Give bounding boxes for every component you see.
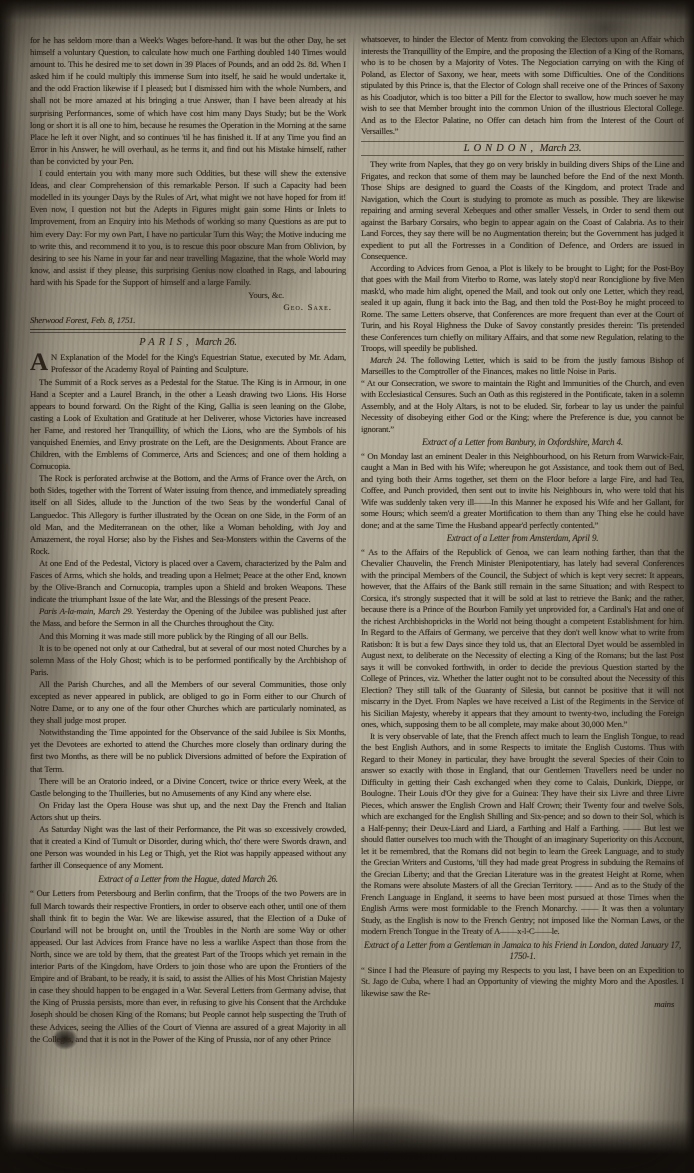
heading-place-name: PARIS,: [139, 337, 192, 348]
paragraph: for he has seldom more than a Week's Wag…: [30, 34, 346, 167]
scan-edge-left: [0, 0, 16, 1173]
paragraph: It is to be opened not only at our Cathe…: [30, 642, 346, 678]
page-content: for he has seldom more than a Week's Wag…: [30, 34, 684, 1147]
paragraph: March 24. The following Letter, which is…: [361, 355, 684, 378]
drop-cap-initial: A: [30, 351, 51, 373]
heading-date: March 23.: [537, 143, 581, 154]
letter-extract-heading: Extract of a Letter from a Gentleman in …: [361, 940, 684, 963]
catchword: mains: [361, 999, 684, 1011]
paragraph: According to Advices from Genoa, a Plot …: [361, 263, 684, 355]
paragraph: I could entertain you with many more suc…: [30, 167, 346, 288]
heading-place-name: LONDON,: [464, 143, 537, 154]
paragraph: Notwithstanding the Time appointed for t…: [30, 726, 346, 774]
paragraph: The Rock is perforated archwise at the B…: [30, 472, 346, 557]
letter-extract-heading: Extract of a Letter from the Hague, date…: [30, 873, 346, 885]
letter-dateline: Sherwood Forest, Feb. 8, 1751.: [30, 314, 346, 326]
letter-signature: Yours, &c.Geo. Saxe.: [30, 289, 346, 313]
left-column: for he has seldom more than a Week's Wag…: [30, 34, 353, 1147]
newspaper-page: for he has seldom more than a Week's Wag…: [0, 0, 694, 1173]
paragraph: “ At our Consecration, we swore to maint…: [361, 378, 684, 436]
letter-extract-heading: Extract of a Letter from Banbury, in Oxf…: [361, 437, 684, 449]
dateline-heading: PARIS, March 26.: [30, 337, 346, 349]
signature-name: Geo. Saxe.: [30, 301, 346, 313]
paragraph: And this Morning it was made still more …: [30, 630, 346, 642]
paragraph: At one End of the Pedestal, Victory is p…: [30, 557, 346, 605]
paragraph: All the Parish Churches, and all the Mem…: [30, 678, 346, 726]
right-column: whatsoever, to hinder the Elector of Men…: [354, 34, 684, 1147]
scan-edge-top: [0, 0, 694, 20]
paragraph: “ Our Letters from Petersbourg and Berli…: [30, 887, 346, 1044]
letter-extract-heading: Extract of a Letter from Amsterdam, Apri…: [361, 533, 684, 545]
paragraph-dropcap: AN Explanation of the Model for the King…: [30, 351, 346, 375]
paragraph: On Friday last the Opera House was shut …: [30, 799, 346, 823]
paragraph: The Summit of a Rock serves as a Pedesta…: [30, 376, 346, 473]
paragraph: There will be an Oratorio indeed, or a D…: [30, 775, 346, 799]
heading-date: March 26.: [192, 337, 236, 348]
paragraph: As Saturday Night was the last of their …: [30, 823, 346, 871]
paragraph: whatsoever, to hinder the Elector of Men…: [361, 34, 684, 138]
dateline-heading: LONDON, March 23.: [361, 141, 684, 157]
scan-edge-right: [684, 0, 694, 1173]
signature-closing: Yours, &c.: [30, 289, 346, 301]
paragraph-lead: Paris A-la-main, March 29.: [39, 606, 136, 616]
paragraph: “ As to the Affairs of the Republick of …: [361, 547, 684, 731]
double-rule-divider: [30, 329, 346, 333]
paragraph: “ On Monday last an eminent Dealer in th…: [361, 451, 684, 532]
paragraph: “ Since I had the Pleasure of paying my …: [361, 965, 684, 1000]
paragraph: They write from Naples, that they go on …: [361, 159, 684, 263]
paragraph: Paris A-la-main, March 29. Yesterday the…: [30, 605, 346, 629]
paragraph: It is very observable of late, that the …: [361, 731, 684, 938]
paragraph-lead: March 24.: [370, 355, 411, 365]
